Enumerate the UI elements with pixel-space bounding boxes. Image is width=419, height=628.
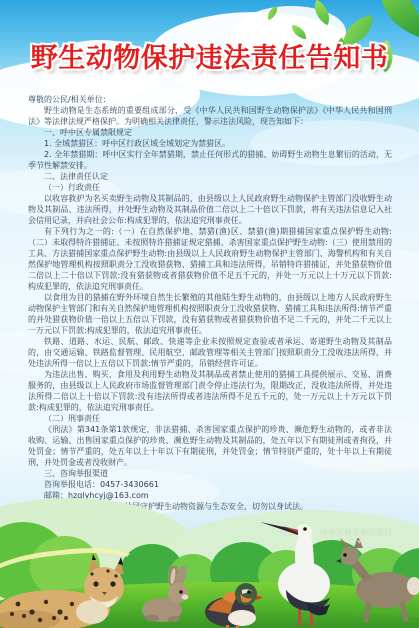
clause-no-hunting-period: 2. 全年禁猎期：呼中区实行全年禁猎期，禁止任何形式的猎捕、妨碍野生动物生息繁衍… <box>28 149 392 171</box>
admin-liability-paragraph: 铁路、道路、水运、民航、邮政、快递等企业未按照规定查验或者承运、寄递野生动物及其… <box>28 336 392 369</box>
poster-title: 野生动物保护违法责任告知书 <box>0 36 419 75</box>
rabbit-image <box>140 566 192 622</box>
report-phone-line: 咨询举报电话：0457-3430661 <box>28 479 392 490</box>
admin-liability-paragraph: 为违法出售、购买、食用及利用野生动物及其制品或者禁止使用的猎捕工具提供展示、交易… <box>28 369 392 413</box>
meadow-scene <box>0 513 419 628</box>
section-2-heading: 二、法律责任认定 <box>28 171 392 182</box>
leaf-icon <box>370 0 419 37</box>
section-3-heading: 三、咨询举报渠道 <box>28 468 392 479</box>
section-1-heading: 一、呼中区专属禁限规定 <box>28 127 392 138</box>
document-body: 尊敬的公民/相关单位： 野生动物是生态系统的重要组成部分，受《中华人民共和国野生… <box>28 94 392 538</box>
admin-liability-paragraph: 有下列行为之一的:（一）在自然保护地、禁猎(渔)区、禁猎(渔)期猎捕国家重点保护… <box>28 226 392 292</box>
wildlife-protection-poster: 野生动物保护违法责任告知书 尊敬的公民/相关单位： 野生动物是生态系统的重要组成… <box>0 0 419 628</box>
clause-no-hunting-zone: 1. 全域禁猎区：呼中区行政区域全域划定为禁猎区。 <box>28 138 392 149</box>
subsection-admin-liability-heading: （一）行政责任 <box>28 182 392 193</box>
intro-paragraph: 野生动物是生态系统的重要组成部分，受《中华人民共和国野生动物保护法》《中华人民共… <box>28 105 392 127</box>
admin-liability-paragraph: 以收容救护为名买卖野生动物及其制品的，由县级以上人民政府野生动物保护主管部门没收… <box>28 193 392 226</box>
roe-deer-image <box>330 538 419 624</box>
lynx-image <box>0 554 146 628</box>
criminal-liability-paragraph: 《刑法》第341条第1款规定，非法猎捕、杀害国家重点保护的珍贵、濒危野生动物的，… <box>28 424 392 468</box>
admin-liability-paragraph: 以食用为目的猎捕在野外环境自然生长繁殖的其他陆生野生动物的，由县级以上地方人民政… <box>28 292 392 336</box>
salutation: 尊敬的公民/相关单位： <box>28 94 392 105</box>
subsection-criminal-liability-heading: （二）刑事责任 <box>28 413 392 424</box>
